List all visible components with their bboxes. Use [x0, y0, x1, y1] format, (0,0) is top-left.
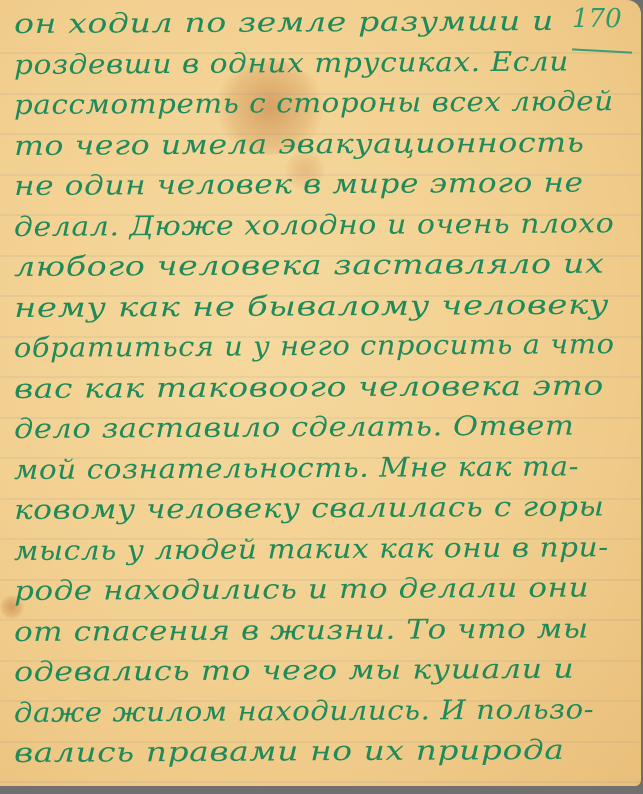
text-line: не один человек в мире этого не	[14, 167, 584, 204]
text-line: ковому человеку свалилась с горы	[14, 490, 605, 528]
text-line: от спасения в жизни. То что мы	[14, 612, 589, 649]
bleed-through-line	[0, 700, 641, 702]
text-line: роздевши в одних трусиках. Если	[14, 45, 569, 83]
bleed-through-line	[0, 52, 641, 54]
text-line: даже жилом находились. И пользо-	[14, 693, 594, 731]
bleed-through-line	[0, 619, 641, 621]
bleed-through-line	[0, 336, 641, 338]
text-line: нему как не бывалому человеку	[14, 288, 609, 325]
bleed-through-line	[0, 579, 641, 581]
bleed-through-line	[0, 660, 641, 662]
bleed-through-line	[0, 376, 641, 378]
text-line: рассмотреть с стороны всех людей	[14, 85, 614, 123]
bleed-through-line	[0, 457, 641, 459]
bleed-through-line	[0, 498, 641, 500]
bleed-through-line	[0, 295, 641, 297]
text-line: дело заставило сделать. Ответ	[14, 410, 575, 447]
text-line: мой сознательность. Мне как та-	[14, 450, 579, 488]
text-line: вались правами но их природа	[14, 734, 565, 771]
bleed-through-line	[0, 214, 641, 216]
text-line: роде находились и то делали они	[14, 572, 589, 609]
bleed-through-line	[0, 417, 641, 419]
bleed-through-line	[0, 781, 641, 783]
notebook-page: 170 он ходил по земле разумши ироздевши …	[0, 0, 641, 786]
page-number: 170	[572, 4, 622, 34]
bleed-through-line	[0, 538, 641, 540]
bleed-through-line	[0, 133, 641, 135]
text-line: он ходил по земле разумши и	[14, 5, 554, 42]
bleed-through-line	[0, 93, 641, 95]
bleed-through-line	[0, 255, 641, 257]
text-line: мысль у людей таких как они в при-	[14, 531, 609, 569]
text-line: одевались то чего мы кушали и	[14, 653, 575, 690]
text-line: то чего имела эвакуационность	[14, 126, 585, 163]
bleed-through-line	[0, 741, 641, 743]
text-line: любого человека заставляло их	[14, 248, 605, 285]
text-line: делал. Дюже холодно и очень плохо	[14, 207, 615, 245]
scan-edge	[0, 786, 643, 794]
text-line: вас как таковоого человека это	[14, 369, 604, 406]
bleed-through-line	[0, 174, 641, 176]
text-line: обратиться и у него спросить а что	[14, 328, 615, 366]
